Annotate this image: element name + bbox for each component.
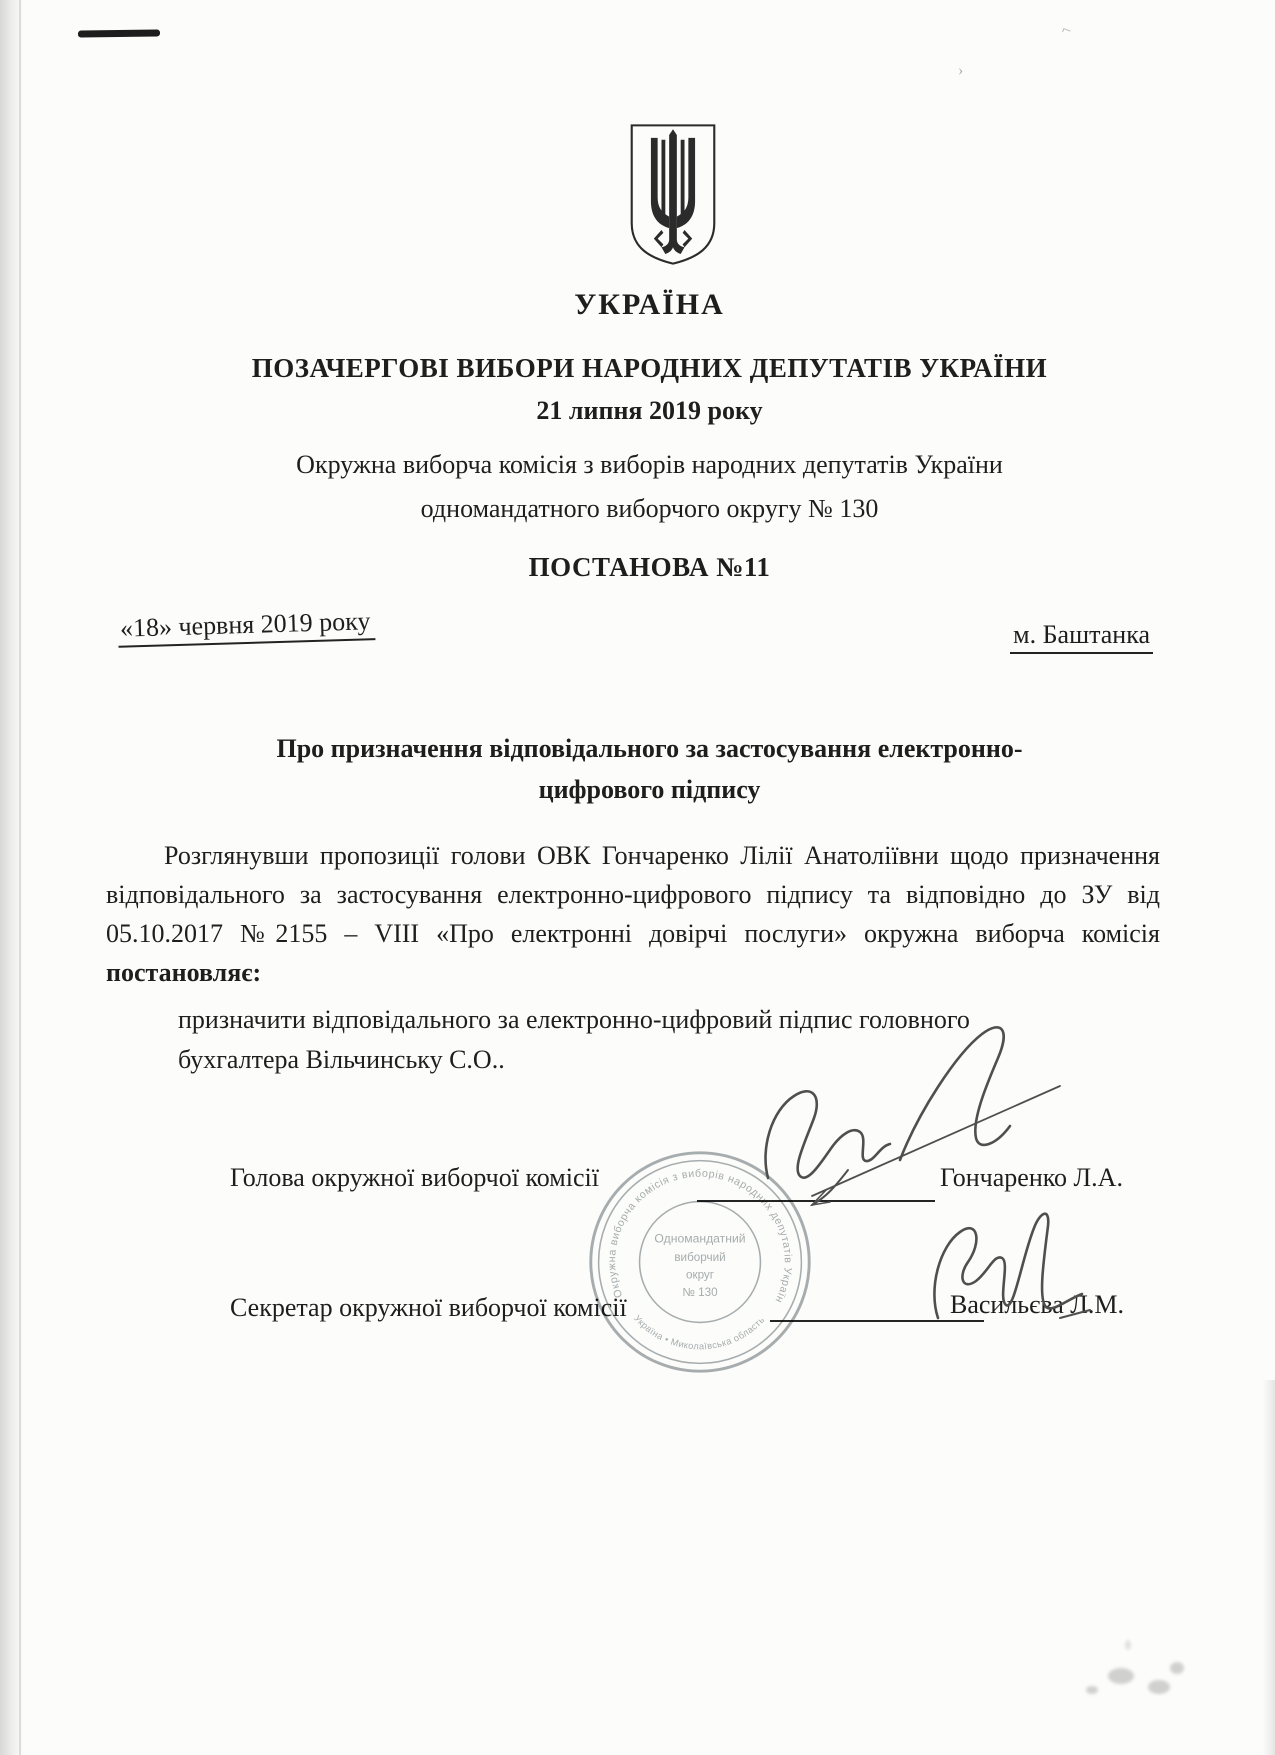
ukraine-trident-emblem: [625, 122, 721, 267]
scan-smudge: [1170, 1662, 1184, 1674]
country-title: УКРАЇНА: [12, 288, 1275, 322]
stamp-center-line2: виборчий: [674, 1251, 725, 1264]
scan-edge-shadow-right: [1262, 1380, 1275, 1755]
scanned-document-page: ⌐ › УКРАЇНА ПОЗАЧЕРГОВІ ВИБОРИ НАРОДНИХ …: [0, 0, 1275, 1755]
stamp-center-line1: Одномандатний: [654, 1232, 745, 1246]
document-date: «18» червня 2019 року: [118, 606, 375, 648]
commission-name-line2: одномандатного виборчого округу № 130: [12, 494, 1275, 524]
commission-name-line1: Окружна виборча комісія з виборів народн…: [12, 450, 1275, 480]
document-place: м. Баштанка: [1010, 620, 1153, 654]
body-text: Розглянувши пропозиції голови ОВК Гончар…: [106, 841, 1160, 948]
scan-edge-shadow-left: [0, 0, 24, 1755]
election-title: ПОЗАЧЕРГОВІ ВИБОРИ НАРОДНИХ ДЕПУТАТІВ УК…: [12, 353, 1275, 384]
election-date: 21 липня 2019 року: [12, 396, 1275, 426]
scan-smudge: [1125, 1640, 1131, 1650]
subject-heading: Про призначення відповідального за засто…: [12, 728, 1275, 810]
handwritten-signature-secretary: [908, 1198, 1108, 1356]
scan-mark-squiggle: ⌐: [1059, 21, 1074, 41]
scan-smudge: [1086, 1686, 1098, 1694]
scan-mark-dash: [78, 29, 160, 37]
handwritten-signature-head: [748, 1018, 1088, 1223]
stamp-center-line4: № 130: [682, 1286, 718, 1299]
signature-role-secretary: Секретар окружної виборчої комісії: [230, 1293, 627, 1323]
body-bold-word: постановляє:: [106, 958, 261, 987]
stamp-center-line3: округ: [686, 1269, 714, 1282]
body-paragraph: Розглянувши пропозиції голови ОВК Гончар…: [106, 836, 1160, 992]
scan-smudge: [1108, 1668, 1134, 1684]
scan-mark-chevron: ›: [958, 62, 963, 80]
scan-smudge: [1148, 1680, 1170, 1694]
signature-role-head: Голова окружної виборчої комісії: [230, 1163, 599, 1193]
resolution-title: ПОСТАНОВА №11: [12, 552, 1275, 583]
